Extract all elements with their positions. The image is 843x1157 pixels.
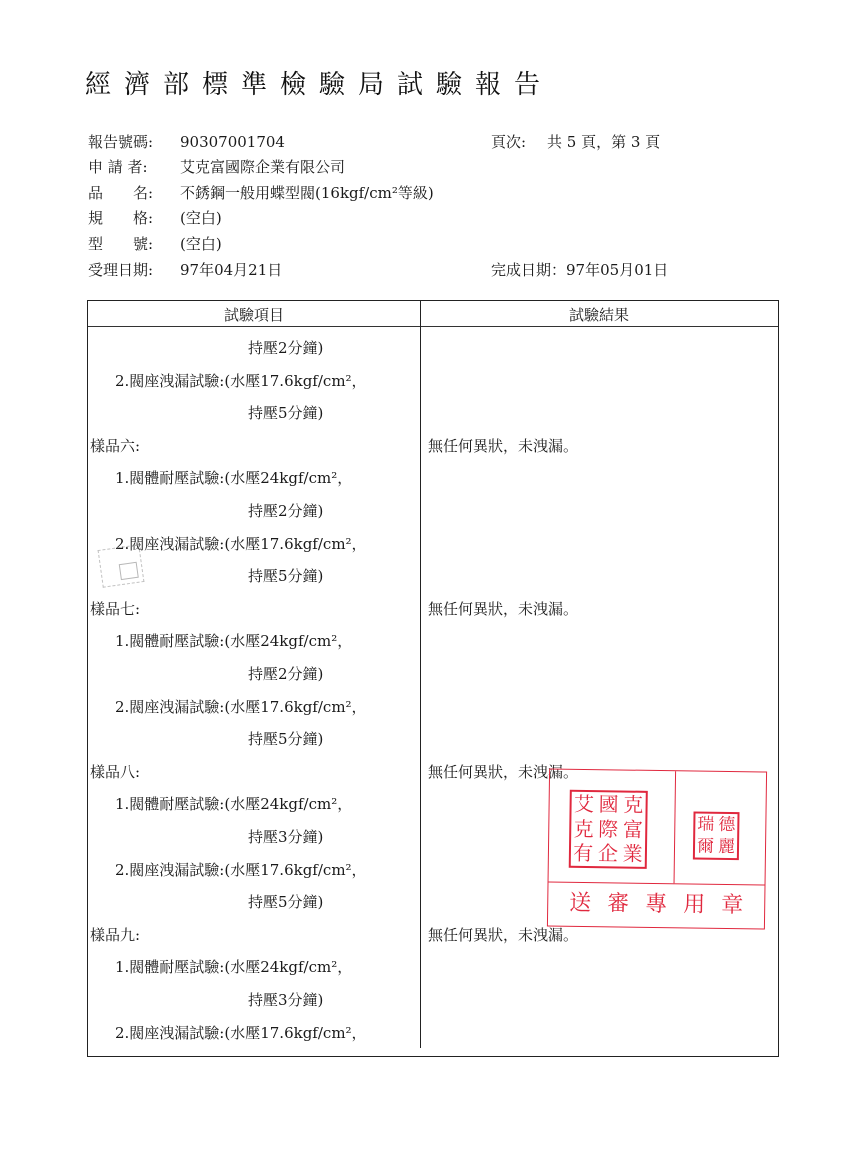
report-title: 經濟部標準檢驗局試驗報告 [85, 64, 553, 101]
column-header-test-result: 試驗結果 [420, 304, 778, 325]
test-item-text: 持壓5分鐘) [248, 565, 323, 586]
test-item-text: 持壓3分鐘) [248, 826, 323, 847]
personal-seal: 瑞德爾麗 [693, 812, 740, 861]
stamp-divider-vertical [674, 771, 677, 883]
sample-heading: 樣品九: [90, 924, 140, 945]
product-name-label: 品 名: [88, 182, 180, 204]
table-header: 試驗項目 試驗結果 [88, 301, 778, 327]
model: 型 號:(空白) [88, 233, 222, 255]
product-name-value: 不銹鋼一般用蝶型閥(16kgf/cm²等級) [180, 182, 434, 204]
test-item-text: 2.閥座洩漏試驗:(水壓17.6kgf/cm²， [115, 533, 367, 554]
company-seal: 艾國克克際富有企業 [569, 790, 648, 869]
seal-glyph: 德 [716, 814, 737, 836]
test-item-text: 持壓5分鐘) [248, 402, 323, 423]
model-value: (空白) [180, 233, 222, 255]
faint-seal-mark [98, 544, 145, 587]
test-result-text: 無任何異狀，未洩漏。 [428, 924, 578, 945]
seal-glyph: 艾 [571, 792, 596, 817]
sample-heading: 樣品八: [90, 761, 140, 782]
test-result-text: 無任何異狀，未洩漏。 [428, 598, 578, 619]
test-item-text: 持壓2分鐘) [248, 337, 323, 358]
test-result-text: 無任何異狀，未洩漏。 [428, 435, 578, 456]
page-label: 頁次: [491, 131, 547, 153]
stamp-divider-horizontal [549, 881, 765, 885]
sample-heading: 樣品七: [90, 598, 140, 619]
test-item-text: 1.閥體耐壓試驗:(水壓24kgf/cm²， [115, 956, 352, 977]
test-item-text: 2.閥座洩漏試驗:(水壓17.6kgf/cm²， [115, 696, 367, 717]
column-header-test-item: 試驗項目 [88, 304, 420, 325]
test-item-text: 2.閥座洩漏試驗:(水壓17.6kgf/cm²， [115, 859, 367, 880]
specification-value: (空白) [180, 207, 222, 229]
model-label: 型 號: [88, 233, 180, 255]
completed-date-label: 完成日期： [491, 261, 566, 279]
applicant: 申 請 者:艾克富國際企業有限公司 [88, 156, 345, 178]
test-item-text: 持壓2分鐘) [248, 500, 323, 521]
sample-heading: 樣品六: [90, 435, 140, 456]
test-item-text: 持壓5分鐘) [248, 891, 323, 912]
seal-glyph: 爾 [695, 836, 716, 858]
test-item-text: 持壓5分鐘) [248, 728, 323, 749]
seal-glyph: 麗 [716, 836, 737, 858]
seal-glyph: 企 [595, 841, 620, 866]
product-name: 品 名:不銹鋼一般用蝶型閥(16kgf/cm²等級) [88, 182, 434, 204]
seal-glyph: 瑞 [695, 814, 716, 836]
test-item-text: 2.閥座洩漏試驗:(水壓17.6kgf/cm²， [115, 1022, 367, 1043]
report-number-value: 90307001704 [180, 131, 285, 153]
received-date-value: 97年04月21日 [180, 259, 282, 281]
submission-stamp: 艾國克克際富有企業 瑞德爾麗 送審專用章 [547, 768, 767, 929]
specification-label: 規 格: [88, 207, 180, 229]
seal-glyph: 克 [621, 792, 646, 817]
test-results-table: 試驗項目 試驗結果 持壓2分鐘)2.閥座洩漏試驗:(水壓17.6kgf/cm²，… [87, 300, 779, 1057]
test-item-text: 1.閥體耐壓試驗:(水壓24kgf/cm²， [115, 467, 352, 488]
column-divider [420, 301, 421, 1048]
test-item-text: 2.閥座洩漏試驗:(水壓17.6kgf/cm²， [115, 370, 367, 391]
page-info: 頁次:共 5 頁，第 3 頁 [491, 131, 660, 153]
stamp-label: 送審專用章 [548, 885, 764, 919]
test-item-text: 1.閥體耐壓試驗:(水壓24kgf/cm²， [115, 793, 352, 814]
report-number: 報告號碼:90307001704 [88, 131, 285, 153]
seal-glyph: 際 [596, 817, 621, 842]
received-date: 受理日期:97年04月21日 [88, 259, 282, 281]
seal-glyph: 業 [620, 842, 645, 867]
seal-glyph: 國 [596, 792, 621, 817]
seal-glyph: 有 [571, 841, 596, 866]
applicant-label: 申 請 者: [88, 156, 180, 178]
page-value: 共 5 頁，第 3 頁 [547, 133, 660, 151]
test-item-text: 持壓3分鐘) [248, 989, 323, 1010]
received-date-label: 受理日期: [88, 259, 180, 281]
test-item-text: 持壓2分鐘) [248, 663, 323, 684]
report-number-label: 報告號碼: [88, 131, 180, 153]
seal-glyph: 克 [571, 816, 596, 841]
seal-glyph: 富 [620, 817, 645, 842]
specification: 規 格:(空白) [88, 207, 222, 229]
test-item-text: 1.閥體耐壓試驗:(水壓24kgf/cm²， [115, 630, 352, 651]
applicant-value: 艾克富國際企業有限公司 [180, 156, 345, 178]
completed-date-value: 97年05月01日 [566, 261, 668, 279]
completed-date: 完成日期：97年05月01日 [491, 259, 668, 281]
